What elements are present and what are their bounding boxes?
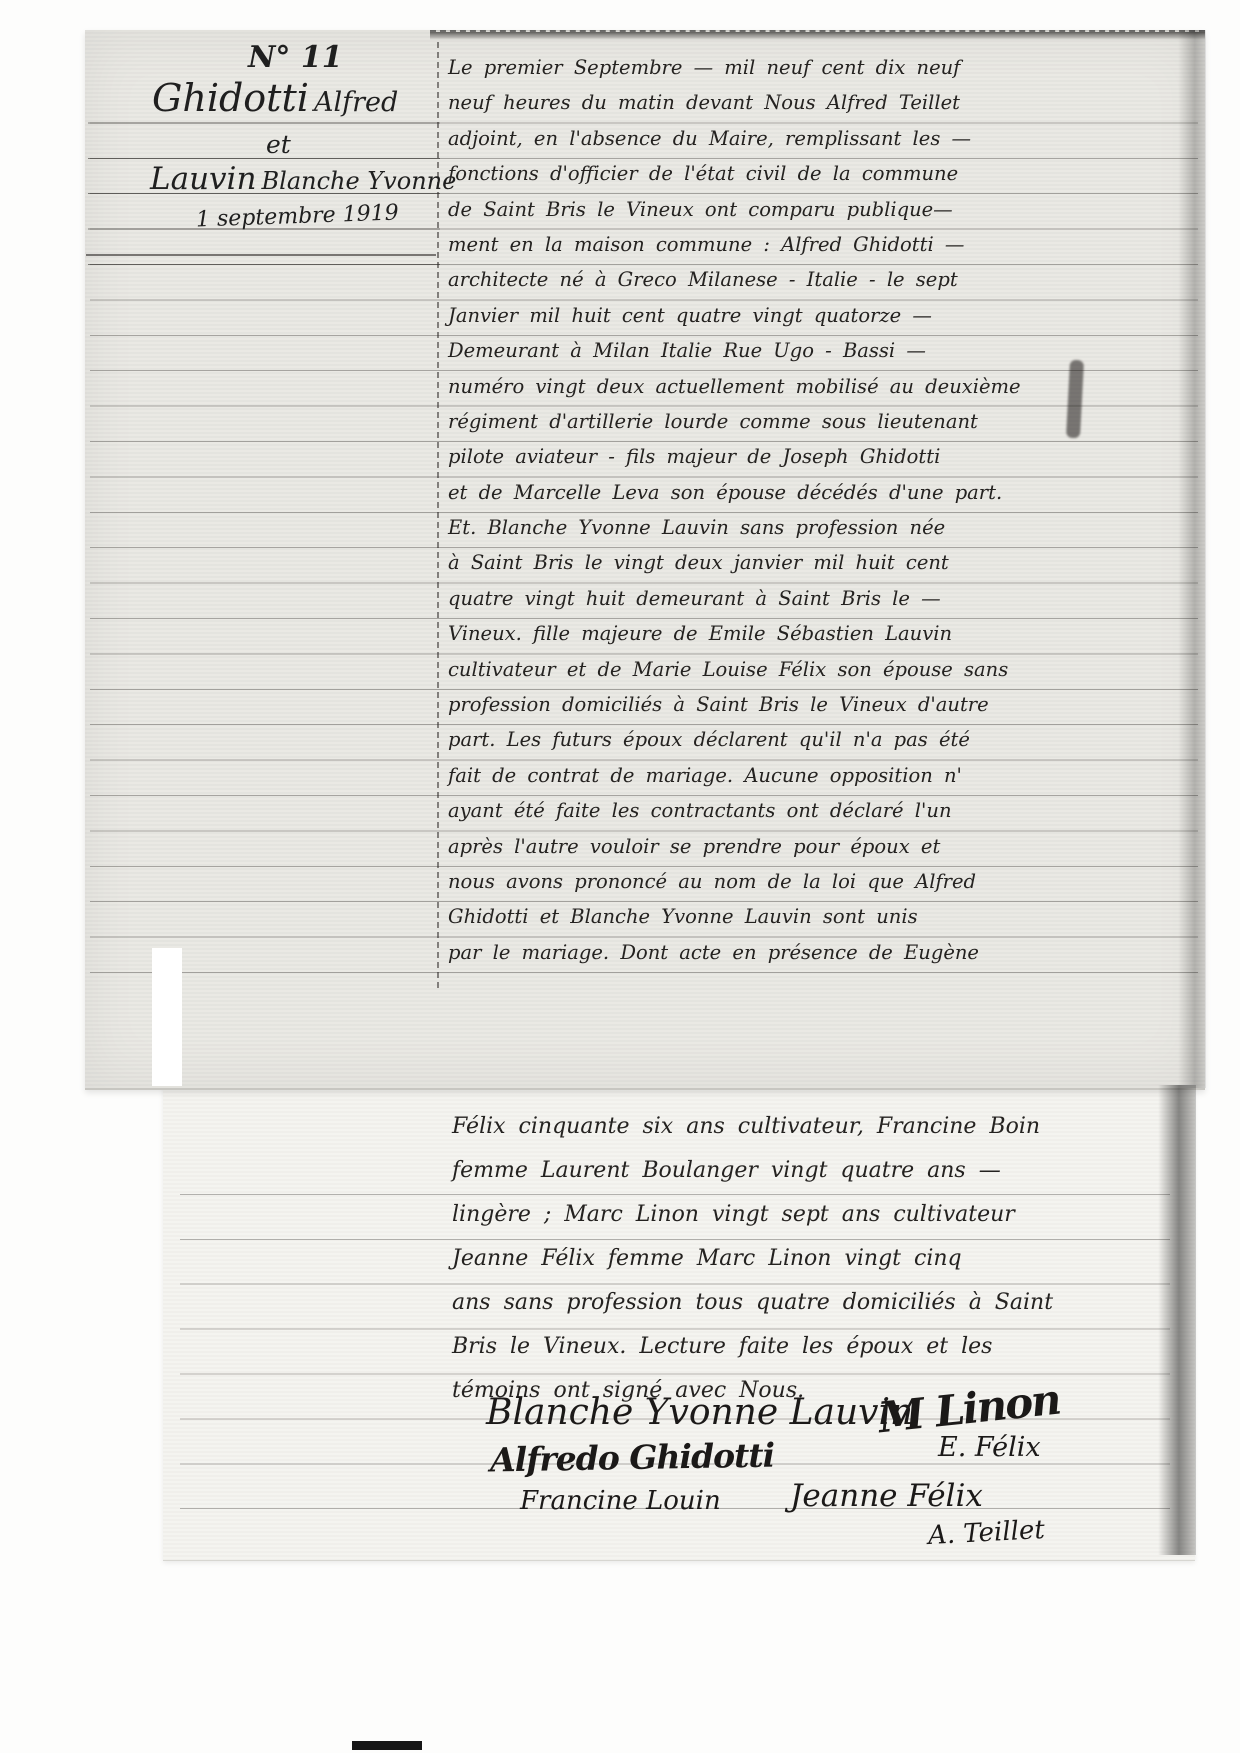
scanned-page: { "page": { "background_color": "#fdfdfc… bbox=[0, 0, 1240, 1753]
act-line: quatre vingt huit demeurant à Saint Bris… bbox=[448, 581, 1108, 616]
bride-given-name: Blanche Yvonne bbox=[262, 167, 457, 195]
margin-closing-line bbox=[86, 254, 436, 256]
groom-surname: Ghidotti bbox=[152, 76, 309, 120]
act-text-block: Le premier Septembre — mil neuf cent dix… bbox=[448, 50, 1108, 970]
act-line: ayant été faite les contractants ont déc… bbox=[448, 793, 1108, 828]
sheet-gap-notch bbox=[152, 948, 182, 1086]
act-line: pilote aviateur - fils majeur de Joseph … bbox=[448, 439, 1108, 474]
act-line: de Saint Bris le Vineux ont comparu publ… bbox=[448, 192, 1108, 227]
act-line: Bris le Vineux. Lecture faite les époux … bbox=[452, 1325, 1112, 1369]
act-line: ment en la maison commune : Alfred Ghido… bbox=[448, 227, 1108, 262]
act-line: adjoint, en l'absence du Maire, rempliss… bbox=[448, 121, 1108, 156]
act-line: après l'autre vouloir se prendre pour ép… bbox=[448, 829, 1108, 864]
signature-francine: Francine Louin bbox=[520, 1486, 721, 1516]
signature-groom-scrawl: Alfredo Ghidotti bbox=[490, 1436, 775, 1480]
scanner-artifact-bar bbox=[352, 1741, 422, 1750]
margin-groom-name: Ghidotti Alfred bbox=[152, 76, 398, 120]
act-line: Félix cinquante six ans cultivateur, Fra… bbox=[452, 1105, 1112, 1149]
act-line: neuf heures du matin devant Nous Alfred … bbox=[448, 85, 1108, 120]
witness-text-block: Félix cinquante six ans cultivateur, Fra… bbox=[452, 1105, 1112, 1413]
act-line: numéro vingt deux actuellement mobilisé … bbox=[448, 369, 1108, 404]
act-line: à Saint Bris le vingt deux janvier mil h… bbox=[448, 545, 1108, 580]
act-line: cultivateur et de Marie Louise Félix son… bbox=[448, 652, 1108, 687]
act-line: profession domiciliés à Saint Bris le Vi… bbox=[448, 687, 1108, 722]
signature-teillet: A. Teillet bbox=[927, 1515, 1045, 1551]
act-line: régiment d'artillerie lourde comme sous … bbox=[448, 404, 1108, 439]
act-number: N° 11 bbox=[248, 40, 343, 75]
margin-bride-name: Lauvin Blanche Yvonne bbox=[150, 161, 456, 197]
right-fold-shadow-bottom bbox=[1158, 1085, 1196, 1555]
act-line: fait de contrat de mariage. Aucune oppos… bbox=[448, 758, 1108, 793]
act-line: et de Marcelle Leva son épouse décédés d… bbox=[448, 475, 1108, 510]
act-line: femme Laurent Boulanger vingt quatre ans… bbox=[452, 1149, 1112, 1193]
act-line: Vineux. fille majeure de Emile Sébastien… bbox=[448, 616, 1108, 651]
act-line: part. Les futurs époux déclarent qu'il n… bbox=[448, 722, 1108, 757]
margin-conjunction: et bbox=[266, 130, 291, 159]
act-line: nous avons prononcé au nom de la loi que… bbox=[448, 864, 1108, 899]
signature-bride: Blanche Yvonne Lauvin bbox=[486, 1392, 913, 1433]
act-line: Ghidotti et Blanche Yvonne Lauvin sont u… bbox=[448, 899, 1108, 934]
act-line: lingère ; Marc Linon vingt sept ans cult… bbox=[452, 1193, 1112, 1237]
act-line: Et. Blanche Yvonne Lauvin sans professio… bbox=[448, 510, 1108, 545]
act-line: Jeanne Félix femme Marc Linon vingt cinq bbox=[452, 1237, 1112, 1281]
act-line: Le premier Septembre — mil neuf cent dix… bbox=[448, 50, 1108, 85]
act-line: ans sans profession tous quatre domicili… bbox=[452, 1281, 1112, 1325]
bride-surname: Lauvin bbox=[150, 161, 256, 197]
act-line: fonctions d'officier de l'état civil de … bbox=[448, 156, 1108, 191]
act-line: Janvier mil huit cent quatre vingt quato… bbox=[448, 298, 1108, 333]
scan-top-edge bbox=[430, 30, 1205, 40]
act-line: architecte né à Greco Milanese - Italie … bbox=[448, 262, 1108, 297]
groom-given-name: Alfred bbox=[314, 87, 398, 118]
right-fold-shadow-top bbox=[1178, 30, 1206, 1088]
signature-e-felix: E. Félix bbox=[938, 1432, 1041, 1463]
signature-jeanne-felix: Jeanne Félix bbox=[790, 1478, 983, 1514]
act-line: par le mariage. Dont acte en présence de… bbox=[448, 935, 1108, 970]
act-line: Demeurant à Milan Italie Rue Ugo - Bassi… bbox=[448, 333, 1108, 368]
